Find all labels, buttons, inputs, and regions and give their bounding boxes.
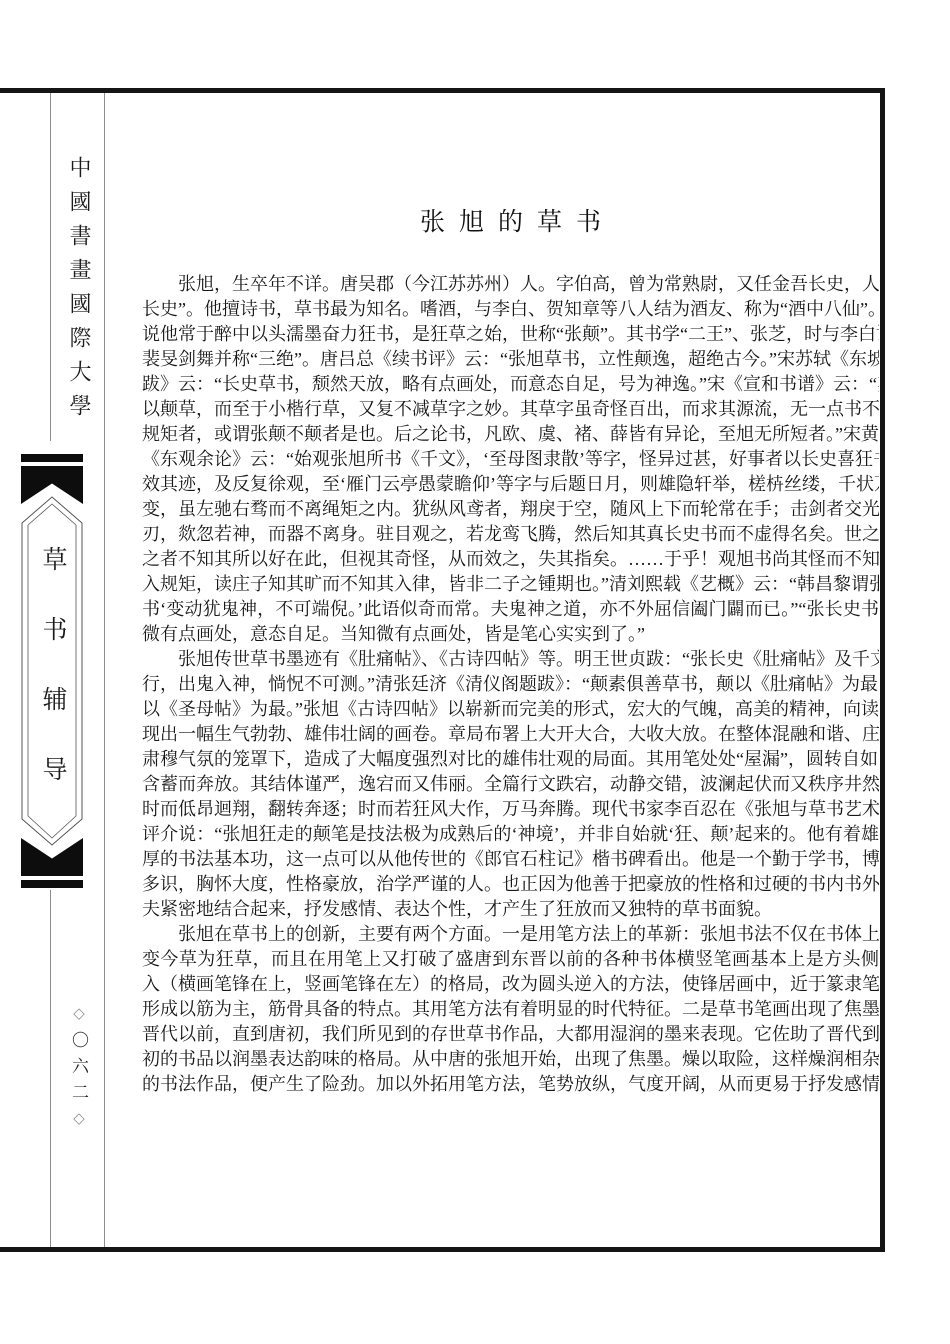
body-line: 《东观余论》云：“始观张旭所书《千文》，‘至母图隶散’等字，怪异过甚，好事者以长… xyxy=(142,447,879,472)
page-number-digit: 二 xyxy=(69,1083,88,1109)
page-number: ◇〇六二◇ xyxy=(66,1004,91,1136)
body-line: 裴旻剑舞并称“三绝”。唐吕总《续书评》云：“张旭草书，立性颠逸，超绝古今。”宋苏… xyxy=(142,347,879,372)
body-line: 规矩者，或谓张颠不颠者是也。后之论书，凡欧、虞、褚、薛皆有异论，至旭无所短者。”… xyxy=(142,422,879,447)
body-line: 晋代以前，直到唐初，我们所见到的存世草书作品，大都用湿润的墨来表现。它佐助了晋代… xyxy=(142,1022,879,1047)
emblem-frame: 草书辅导 xyxy=(21,496,83,846)
page-number-digit: 〇 xyxy=(69,1031,88,1057)
body-line: 多识，胸怀大度，性格豪放，治学严谨的人。也正因为他善于把豪放的性格和过硬的书内书… xyxy=(142,872,879,897)
top-rule xyxy=(0,88,885,93)
page-number-digit: 六 xyxy=(69,1057,88,1083)
body-line: 书‘变动犹鬼神，不可端倪。’此语似奇而常。夫鬼神之道，亦不外屈信阖门闢而已。”“… xyxy=(142,597,879,622)
emblem-title: 草书辅导 xyxy=(34,546,70,826)
body-line: 时而低昂迴翔，翻转奔逐；时而若狂风大作，万马奔腾。现代书家李百忍在《张旭与草书艺… xyxy=(142,797,879,822)
body-line: 说他常于醉中以头濡墨奋力狂书，是狂草之始，世称“张颠”。其书学“二王”、张芝，时… xyxy=(142,322,879,347)
body-line: 以颠草，而至于小楷行草，又复不减草字之妙。其草字虽奇怪百出，而求其源流，无一点书… xyxy=(142,397,879,422)
body-line: 以《圣母帖》为最。”张旭《古诗四帖》以崭新而完美的形式，宏大的气魄，高美的精神，… xyxy=(142,697,879,722)
emblem-top-bar xyxy=(21,454,83,462)
article-title: 张旭的草书 xyxy=(142,202,879,238)
body-line: 张旭，生卒年不详。唐吴郡（今江苏苏州）人。字伯高，曾为常熟尉，又任金吾长史，人称… xyxy=(142,272,879,297)
body-line: 刃，欻忽若神，而器不离身。驻目观之，若龙鸾飞腾，然后知其真长史书而不虚得名矣。世… xyxy=(142,522,879,547)
series-emblem: 草书辅导 xyxy=(21,454,83,888)
body-line: 行，出鬼入神，惝怳不可测。”清张廷济《清仪阁题跋》：“颠素俱善草书，颠以《肚痛帖… xyxy=(142,672,879,697)
bottom-rule xyxy=(0,1247,885,1252)
body-line: 效其迹，及反复徐观，至‘雁门云亭愚蒙瞻仰’等字与后题日月，则雄隐轩举，槎枿丝缕，… xyxy=(142,472,879,497)
body-line: 含蓄而奔放。其结体谨严，逸宕而又伟丽。全篇行文跌宕，动静交错，波澜起伏而又秩序井… xyxy=(142,772,879,797)
body-line: 跋》云：“长史草书，颓然天放，略有点画处，而意态自足，号为神逸。”宋《宣和书谱》… xyxy=(142,372,879,397)
right-rule xyxy=(880,88,885,1252)
university-name: 中國書畫國際大學 xyxy=(64,156,95,428)
diamond-ornament: ◇ xyxy=(70,1109,86,1136)
body-line: 肃穆气氛的笼罩下，造成了大幅度强烈对比的雄伟壮观的局面。其用笔处处“屋漏”，圆转… xyxy=(142,747,879,772)
body-line: 张旭在草书上的创新，主要有两个方面。一是用笔方法上的革新：张旭书法不仅在书体上 xyxy=(142,922,879,947)
body-line: 入（横画笔锋在上，竖画笔锋在左）的格局，改为圆头逆入的方法，使锋居画中，近于篆隶… xyxy=(142,972,879,997)
body-line: 长史”。他擅诗书，草书最为知名。嗜酒，与李白、贺知章等八人结为酒友、称为“酒中八… xyxy=(142,297,879,322)
body-line: 现出一幅生气勃勃、雄伟壮阔的画卷。章局布署上大开大合，大收大放。在整体混融和谐、… xyxy=(142,722,879,747)
body-line: 微有点画处，意态自足。当知微有点画处，皆是笔心实实到了。” xyxy=(142,622,879,647)
body-line: 形成以筋为主，筋骨具备的特点。其用笔方法有着明显的时代特征。二是草书笔画出现了焦… xyxy=(142,997,879,1022)
body-line: 变，虽左驰右骛而不离绳矩之内。犹纵风鸢者，翔戾于空，随风上下而轮常在手；击剑者交… xyxy=(142,497,879,522)
article-body: 张旭，生卒年不详。唐吴郡（今江苏苏州）人。字伯高，曾为常熟尉，又任金吾长史，人称… xyxy=(142,272,879,1097)
sidebar-line-right xyxy=(104,93,105,1247)
body-line: 张旭传世草书墨迹有《肚痛帖》、《古诗四帖》等。明王世贞跋：“张长史《肚痛帖》及千… xyxy=(142,647,879,672)
sidebar-line-left-upper xyxy=(50,93,51,441)
body-line: 入规矩，读庄子知其旷而不知其入律，皆非二子之锺期也。”清刘熙载《艺概》云：“韩昌… xyxy=(142,572,879,597)
diamond-ornament: ◇ xyxy=(70,1004,86,1031)
book-page: 中國書畫國際大學 草书辅导 ◇〇六二◇ 张旭的草书 张旭，生卒年不详。唐吴郡（今… xyxy=(0,0,950,1344)
sidebar-line-left-lower xyxy=(50,890,51,1247)
body-line: 厚的书法基本功，这一点可以从他传世的《郎官石柱记》楷书碑看出。他是一个勤于学书，… xyxy=(142,847,879,872)
body-line: 评介说：“张旭狂走的颠笔是技法极为成熟后的‘神境’，并非自始就‘狂、颠’起来的。… xyxy=(142,822,879,847)
body-line: 夫紧密地结合起来，抒发感情、表达个性，才产生了狂放而又独特的草书面貌。 xyxy=(142,897,879,922)
body-line: 之者不知其所以好在此，但视其奇怪，从而效之，失其指矣。……于乎！观旭书尚其怪而不… xyxy=(142,547,879,572)
body-line: 变今草为狂草，而且在用笔上又打破了盛唐到东晋以前的各种书体横竖笔画基本上是方头侧 xyxy=(142,947,879,972)
body-line: 初的书品以润墨表达韵味的格局。从中唐的张旭开始，出现了焦墨。燥以取险，这样燥润相… xyxy=(142,1047,879,1072)
emblem-bottom-bar xyxy=(21,880,83,888)
body-line: 的书法作品，便产生了险劲。加以外拓用笔方法，笔势放纵，气度开阔，从而更易于抒发感… xyxy=(142,1072,879,1097)
